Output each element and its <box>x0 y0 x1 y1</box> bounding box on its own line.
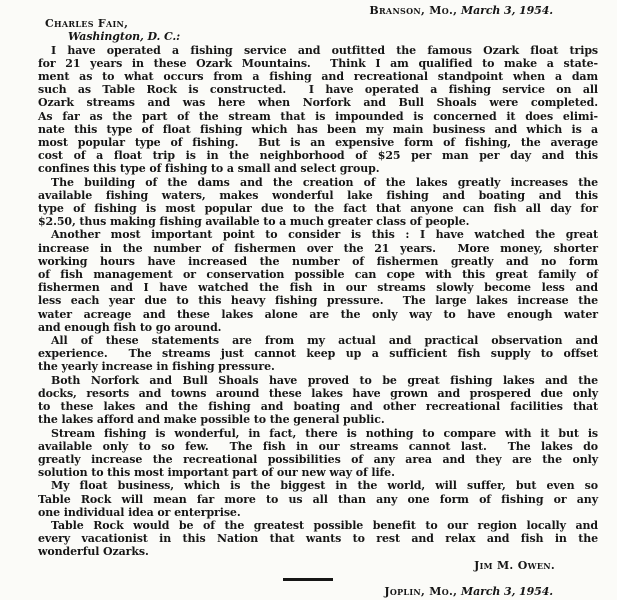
text-line: of fish management or conservation possi… <box>38 268 598 281</box>
text-line: available fishing waters, makes wonderfu… <box>38 189 598 202</box>
dateline-bottom-date: March 3, 1954. <box>461 585 553 598</box>
addressee-block: Charles Fain, Washington, D. C.: <box>38 17 598 43</box>
text-line: less each year due to this heavy fishing… <box>38 294 598 307</box>
dateline-bottom-place: Joplin, Mo., <box>384 585 457 598</box>
dateline-top-date: March 3, 1954. <box>461 4 553 17</box>
text-line: docks, resorts and towns around these la… <box>38 387 598 400</box>
text-line: increase in the number of fishermen over… <box>38 242 598 255</box>
text-line: water acreage and these lakes alone are … <box>38 308 598 321</box>
paragraph: My float business, which is the biggest … <box>38 479 598 519</box>
text-line: fishermen and I have watched the fish in… <box>38 281 598 294</box>
text-line: experience. The streams just cannot keep… <box>38 347 598 360</box>
text-line: Table Rock will mean far more to us all … <box>38 493 598 506</box>
addressee-place: Washington, D. C.: <box>68 30 598 43</box>
text-line: available only to so few. The fish in ou… <box>38 440 598 453</box>
text-line: most popular type of fishing. But is an … <box>38 136 598 149</box>
text-line: solution to this most important part of … <box>38 466 598 479</box>
document-page: Branson, Mo., March 3, 1954. Charles Fai… <box>0 0 617 600</box>
paragraph: Both Norfork and Bull Shoals have proved… <box>38 374 598 427</box>
letter-body: I have operated a fishing service and ou… <box>38 44 598 559</box>
text-line: Ozark streams and was here when Norfork … <box>38 96 598 109</box>
text-line: Another most important point to consider… <box>38 228 598 241</box>
text-line: Table Rock would be of the greatest poss… <box>38 519 598 532</box>
text-line: Both Norfork and Bull Shoals have proved… <box>38 374 598 387</box>
text-line: cost of a float trip is in the neighborh… <box>38 149 598 162</box>
text-line: one individual idea or enterprise. <box>38 506 598 519</box>
text-line: every vacationist in this Nation that wa… <box>38 532 598 545</box>
text-line: the yearly increase in fishing pressure. <box>38 360 598 373</box>
paragraph: All of these statements are from my actu… <box>38 334 598 374</box>
paragraph: Table Rock would be of the greatest poss… <box>38 519 598 559</box>
paragraph: Stream fishing is wonderful, in fact, th… <box>38 427 598 480</box>
separator-rule <box>283 578 333 581</box>
text-line: such as Table Rock is constructed. I hav… <box>38 83 598 96</box>
text-line: greatly increase the recreational possib… <box>38 453 598 466</box>
dateline-top: Branson, Mo., March 3, 1954. <box>38 4 598 17</box>
text-line: and enough fish to go around. <box>38 321 598 334</box>
text-line: for 21 years in these Ozark Mountains. T… <box>38 57 598 70</box>
text-line: working hours have increased the number … <box>38 255 598 268</box>
text-line: to these lakes and the fishing and boati… <box>38 400 598 413</box>
text-line: As far as the part of the stream that is… <box>38 110 598 123</box>
addressee-name: Charles Fain, <box>45 17 598 30</box>
text-line: type of fishing is most popular due to t… <box>38 202 598 215</box>
paragraph: I have operated a fishing service and ou… <box>38 44 598 176</box>
text-line: nate this type of float fishing which ha… <box>38 123 598 136</box>
text-line: My float business, which is the biggest … <box>38 479 598 492</box>
text-line: Stream fishing is wonderful, in fact, th… <box>38 427 598 440</box>
dateline-bottom: Joplin, Mo., March 3, 1954. <box>38 585 598 598</box>
text-line: wonderful Ozarks. <box>38 545 598 558</box>
text-line: confines this type of fishing to a small… <box>38 162 598 175</box>
dateline-top-place: Branson, Mo., <box>369 4 457 17</box>
text-line: All of these statements are from my actu… <box>38 334 598 347</box>
signature: Jim M. Owen. <box>38 559 598 572</box>
text-line: I have operated a fishing service and ou… <box>38 44 598 57</box>
paragraph: Another most important point to consider… <box>38 228 598 334</box>
text-line: The building of the dams and the creatio… <box>38 176 598 189</box>
paragraph: The building of the dams and the creatio… <box>38 176 598 229</box>
text-line: $2.50, thus making fishing available to … <box>38 215 598 228</box>
text-line: ment as to what occurs from a fishing an… <box>38 70 598 83</box>
text-line: the lakes afford and make possible to th… <box>38 413 598 426</box>
